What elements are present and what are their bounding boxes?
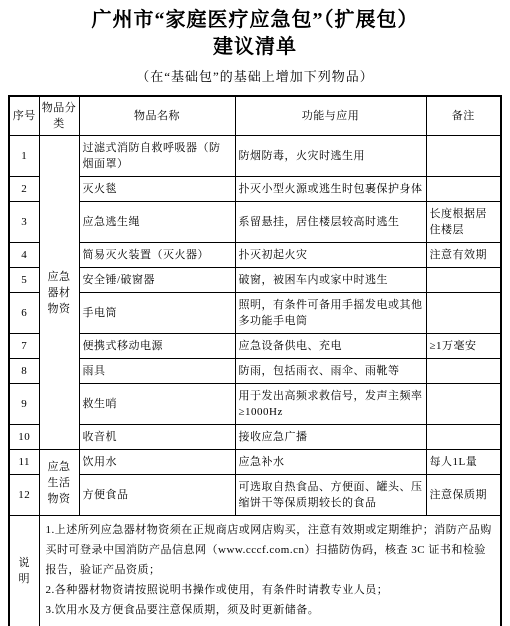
- row-seq: 6: [9, 293, 39, 334]
- table-row: 7 便携式移动电源 应急设备供电、充电 ≥1万毫安: [9, 334, 501, 359]
- header-seq: 序号: [9, 96, 39, 136]
- row-remark: [426, 268, 501, 293]
- table-row: 1 应急器材物资 过滤式消防自救呼吸器（防烟面罩） 防烟防毒，火灾时逃生用: [9, 136, 501, 177]
- row-seq: 2: [9, 177, 39, 202]
- row-remark: [426, 359, 501, 384]
- row-function: 可选取自热食品、方便面、罐头、压缩饼干等保质期较长的食品: [235, 475, 426, 516]
- table-row: 9 救生哨 用于发出高频求救信号，发声主频率≥1000Hz: [9, 384, 501, 425]
- row-function: 用于发出高频求救信号，发声主频率≥1000Hz: [235, 384, 426, 425]
- row-item-name: 饮用水: [79, 450, 235, 475]
- table-row: 8 雨具 防雨，包括雨衣、雨伞、雨靴等: [9, 359, 501, 384]
- row-item-name: 安全锤/破窗器: [79, 268, 235, 293]
- row-remark: 每人1L量: [426, 450, 501, 475]
- table-row: 11 应急生活物资 饮用水 应急补水 每人1L量: [9, 450, 501, 475]
- row-item-name: 简易灭火装置（灭火器）: [79, 243, 235, 268]
- row-function: 防雨，包括雨衣、雨伞、雨靴等: [235, 359, 426, 384]
- row-item-name: 手电筒: [79, 293, 235, 334]
- row-remark: [426, 177, 501, 202]
- row-item-name: 雨具: [79, 359, 235, 384]
- table-row: 3 应急逃生绳 系留悬挂，居住楼层较高时逃生 长度根据居住楼层: [9, 202, 501, 243]
- page-title-line1: 广州市“家庭医疗应急包”（扩展包）: [0, 7, 510, 34]
- table-row: 12 方便食品 可选取自热食品、方便面、罐头、压缩饼干等保质期较长的食品 注意保…: [9, 475, 501, 516]
- table-row: 10 收音机 接收应急广播: [9, 425, 501, 450]
- category-cell-emergency-equipment: 应急器材物资: [39, 136, 79, 450]
- row-function: 扑灭小型火源或逃生时包裹保护身体: [235, 177, 426, 202]
- row-remark: 长度根据居住楼层: [426, 202, 501, 243]
- row-seq: 3: [9, 202, 39, 243]
- row-remark: [426, 384, 501, 425]
- row-seq: 1: [9, 136, 39, 177]
- row-function: 扑灭初起火灾: [235, 243, 426, 268]
- row-function: 应急补水: [235, 450, 426, 475]
- table-header-row: 序号 物品分类 物品名称 功能与应用 备注: [9, 96, 501, 136]
- category-cell-emergency-living: 应急生活物资: [39, 450, 79, 516]
- row-remark: 注意保质期: [426, 475, 501, 516]
- note-item: 2.各种器材物资请按照说明书操作或使用，有条件时请教专业人员；: [46, 580, 495, 600]
- notes-body: 1.上述所列应急器材物资须在正规商店或网店购买，注意有效期或定期维护；消防产品购…: [39, 516, 501, 626]
- table-row: 6 手电筒 照明，有条件可备用手摇发电或其他多功能手电筒: [9, 293, 501, 334]
- row-item-name: 救生哨: [79, 384, 235, 425]
- row-seq: 9: [9, 384, 39, 425]
- note-item: 3.饮用水及方便食品要注意保质期，须及时更新储备。: [46, 600, 495, 620]
- row-remark: [426, 293, 501, 334]
- header-category: 物品分类: [39, 96, 79, 136]
- page-subtitle: （在“基础包”的基础上增加下列物品）: [0, 68, 510, 86]
- document-page: 广州市“家庭医疗应急包”（扩展包） 建议清单 （在“基础包”的基础上增加下列物品…: [0, 0, 510, 626]
- notes-row: 说明 1.上述所列应急器材物资须在正规商店或网店购买，注意有效期或定期维护；消防…: [9, 516, 501, 626]
- row-function: 破窗，被困车内或家中时逃生: [235, 268, 426, 293]
- items-table: 序号 物品分类 物品名称 功能与应用 备注 1 应急器材物资 过滤式消防自救呼吸…: [8, 95, 502, 626]
- row-seq: 12: [9, 475, 39, 516]
- row-function: 系留悬挂，居住楼层较高时逃生: [235, 202, 426, 243]
- row-item-name: 便携式移动电源: [79, 334, 235, 359]
- row-remark: [426, 136, 501, 177]
- row-remark: 注意有效期: [426, 243, 501, 268]
- notes-label: 说明: [9, 516, 39, 626]
- row-item-name: 灭火毯: [79, 177, 235, 202]
- page-title: 广州市“家庭医疗应急包”（扩展包） 建议清单: [0, 7, 510, 61]
- row-seq: 8: [9, 359, 39, 384]
- row-function: 接收应急广播: [235, 425, 426, 450]
- row-function: 防烟防毒，火灾时逃生用: [235, 136, 426, 177]
- header-function: 功能与应用: [235, 96, 426, 136]
- row-seq: 5: [9, 268, 39, 293]
- row-remark: ≥1万毫安: [426, 334, 501, 359]
- row-item-name: 应急逃生绳: [79, 202, 235, 243]
- row-seq: 10: [9, 425, 39, 450]
- note-item: 1.上述所列应急器材物资须在正规商店或网店购买，注意有效期或定期维护；消防产品购…: [46, 520, 495, 580]
- table-row: 4 简易灭火装置（灭火器） 扑灭初起火灾 注意有效期: [9, 243, 501, 268]
- row-seq: 11: [9, 450, 39, 475]
- header-remark: 备注: [426, 96, 501, 136]
- header-name: 物品名称: [79, 96, 235, 136]
- row-seq: 4: [9, 243, 39, 268]
- row-function: 应急设备供电、充电: [235, 334, 426, 359]
- table-row: 2 灭火毯 扑灭小型火源或逃生时包裹保护身体: [9, 177, 501, 202]
- row-item-name: 方便食品: [79, 475, 235, 516]
- row-function: 照明，有条件可备用手摇发电或其他多功能手电筒: [235, 293, 426, 334]
- row-seq: 7: [9, 334, 39, 359]
- table-row: 5 安全锤/破窗器 破窗，被困车内或家中时逃生: [9, 268, 501, 293]
- page-title-line2: 建议清单: [0, 34, 510, 61]
- row-item-name: 过滤式消防自救呼吸器（防烟面罩）: [79, 136, 235, 177]
- row-remark: [426, 425, 501, 450]
- row-item-name: 收音机: [79, 425, 235, 450]
